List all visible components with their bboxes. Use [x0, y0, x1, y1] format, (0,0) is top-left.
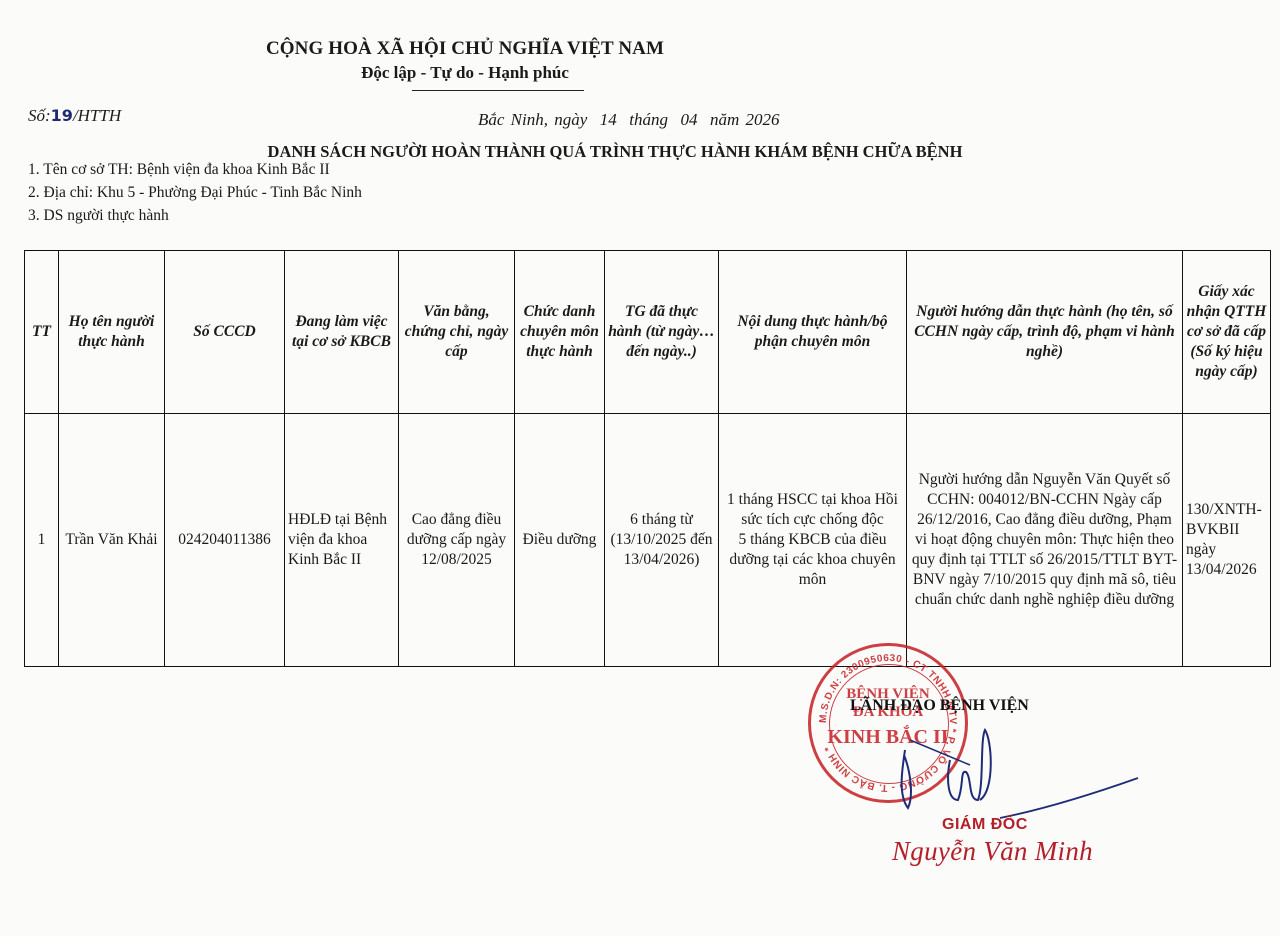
- col-header-workplace: Đang làm việc tại cơ sở KBCB: [285, 251, 399, 414]
- document-number: Số:19/HTTH: [28, 106, 121, 126]
- col-header-content: Nội dung thực hành/bộ phận chuyên môn: [719, 251, 907, 414]
- facility-address: 2. Địa chỉ: Khu 5 - Phường Đại Phúc - Ti…: [28, 184, 362, 202]
- document-number-handwritten: 19: [51, 106, 73, 125]
- col-header-duration: TG đã thực hành (từ ngày…đến ngày..): [605, 251, 719, 414]
- cell-tt: 1: [25, 414, 59, 667]
- cell-certificate: 130/XNTH-BVKBII ngày 13/04/2026: [1183, 414, 1271, 667]
- col-header-cccd: Số CCCD: [165, 251, 285, 414]
- document-number-prefix: Số:: [28, 106, 51, 125]
- col-header-name: Họ tên người thực hành: [59, 251, 165, 414]
- cell-content: 1 tháng HSCC tại khoa Hồi sức tích cực c…: [719, 414, 907, 667]
- director-name: Nguyễn Văn Minh: [892, 836, 1093, 867]
- document-title: DANH SÁCH NGƯỜI HOÀN THÀNH QUÁ TRÌNH THỰ…: [0, 142, 1230, 162]
- col-header-title: Chức danh chuyên môn thực hành: [515, 251, 605, 414]
- table-header-row: TT Họ tên người thực hành Số CCCD Đang l…: [25, 251, 1271, 414]
- cell-degree: Cao đẳng điều dưỡng cấp ngày 12/08/2025: [399, 414, 515, 667]
- col-header-tt: TT: [25, 251, 59, 414]
- document-number-suffix: /HTTH: [73, 106, 121, 125]
- col-header-supervisor: Người hướng dẫn thực hành (họ tên, số CC…: [907, 251, 1183, 414]
- cell-workplace: HĐLĐ tại Bệnh viện đa khoa Kinh Bắc II: [285, 414, 399, 667]
- practitioner-table: TT Họ tên người thực hành Số CCCD Đang l…: [24, 250, 1271, 667]
- cell-supervisor: Người hướng dẫn Nguyễn Văn Quyết số CCHN…: [907, 414, 1183, 667]
- cell-cccd: 024204011386: [165, 414, 285, 667]
- motto-underline-divider: [412, 90, 584, 91]
- cell-name: Trần Văn Khải: [59, 414, 165, 667]
- director-position: GIÁM ĐỐC: [942, 816, 1028, 834]
- national-title: CỘNG HOÀ XÃ HỘI CHỦ NGHĨA VIỆT NAM: [0, 38, 930, 60]
- cell-title: Điều dưỡng: [515, 414, 605, 667]
- handwritten-signature-icon: [880, 700, 1140, 820]
- col-header-degree: Văn bằng, chứng chỉ, ngày cấp: [399, 251, 515, 414]
- col-header-certificate: Giấy xác nhận QTTH cơ sở đã cấp (Số ký h…: [1183, 251, 1271, 414]
- national-motto: Độc lập - Tự do - Hạnh phúc: [0, 63, 930, 83]
- place-date: Bắc Ninh, ngày 14 tháng 04 năm 2026: [478, 110, 780, 130]
- table-row: 1 Trần Văn Khải 024204011386 HĐLĐ tại Bệ…: [25, 414, 1271, 667]
- practitioner-list-label: 3. DS người thực hành: [28, 207, 169, 225]
- facility-name: 1. Tên cơ sở TH: Bệnh viện đa khoa Kinh …: [28, 161, 330, 179]
- cell-duration: 6 tháng từ (13/10/2025 đến 13/04/2026): [605, 414, 719, 667]
